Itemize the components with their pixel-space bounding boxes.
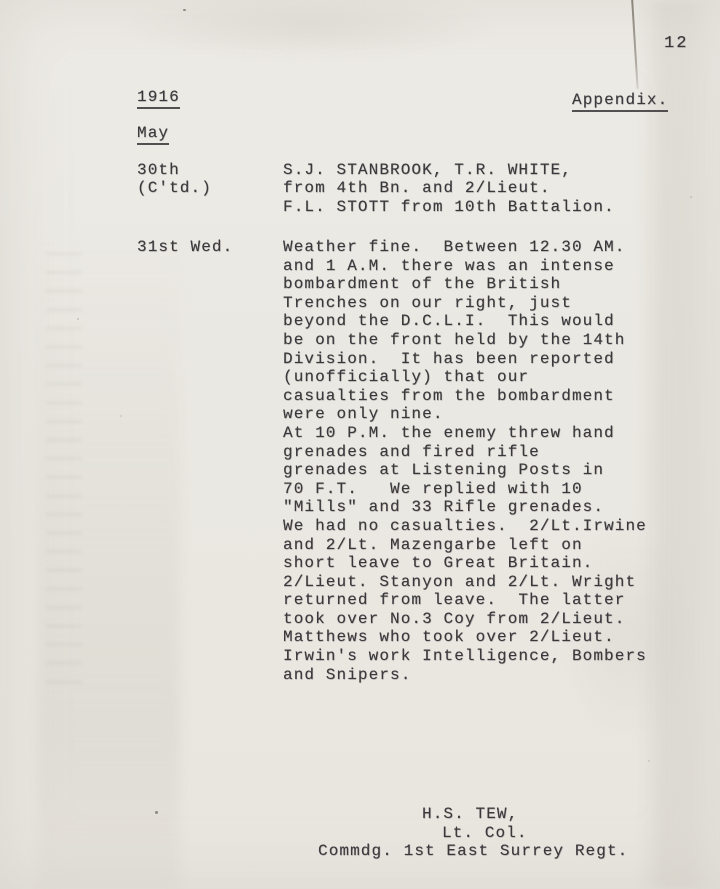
diary-text-line: grenades and fired rifle — [283, 443, 647, 462]
diary-text-line: from 4th Bn. and 2/Lieut. — [283, 179, 615, 197]
entry-date-30th-continued: (C'td.) — [137, 179, 212, 197]
paper-shading-left — [38, 240, 180, 889]
diary-text-line: F.L. STOTT from 10th Battalion. — [283, 198, 615, 216]
paper-speck — [648, 760, 650, 762]
pencil-mark — [631, 0, 639, 89]
paper-speck — [120, 415, 122, 417]
diary-text-line: Weather fine. Between 12.30 AM. — [283, 238, 647, 257]
diary-text-line: (unofficially) that our — [283, 368, 647, 387]
diary-text-line: be on the front held by the 14th — [283, 331, 647, 350]
diary-text-line: short leave to Great Britain. — [283, 554, 647, 573]
signature-name: H.S. TEW, — [422, 805, 518, 823]
entry-body-30th: S.J. STANBROOK, T.R. WHITE,from 4th Bn. … — [283, 161, 615, 216]
diary-text-line: 2/Lieut. Stanyon and 2/Lt. Wright — [283, 573, 647, 592]
signature-rank: Lt. Col. — [442, 824, 528, 842]
diary-text-line: took over No.3 Coy from 2/Lieut. — [283, 610, 647, 629]
diary-text-line: and 2/Lt. Mazengarbe left on — [283, 536, 647, 555]
diary-text-line: and 1 A.M. there was an intense — [283, 257, 647, 276]
diary-text-line: Matthews who took over 2/Lieut. — [283, 628, 647, 647]
paper-stain-top — [120, 0, 500, 60]
page-number: 12 — [664, 34, 688, 53]
diary-text-line: Irwin's work Intelligence, Bombers — [283, 647, 647, 666]
diary-text-line: casualties from the bombardment — [283, 387, 647, 406]
diary-text-line: grenades at Listening Posts in — [283, 461, 647, 480]
signature-unit: Commdg. 1st East Surrey Regt. — [318, 842, 628, 860]
diary-text-line: and Snipers. — [283, 666, 647, 685]
diary-text-line: 70 F.T. We replied with 10 — [283, 480, 647, 499]
entry-body-31st: Weather fine. Between 12.30 AM.and 1 A.M… — [283, 238, 647, 684]
year-heading: 1916 — [137, 89, 180, 109]
diary-text-line: returned from leave. The latter — [283, 591, 647, 610]
diary-text-line: were only nine. — [283, 405, 647, 424]
diary-text-line: At 10 P.M. the enemy threw hand — [283, 424, 647, 443]
diary-text-line: We had no casualties. 2/Lt.Irwine — [283, 517, 647, 536]
diary-text-line: "Mills" and 33 Rifle grenades. — [283, 498, 647, 517]
paper-speck — [155, 811, 158, 814]
diary-text-line: S.J. STANBROOK, T.R. WHITE, — [283, 161, 615, 179]
diary-text-line: Division. It has been reported — [283, 350, 647, 369]
diary-text-line: beyond the D.C.L.I. This would — [283, 312, 647, 331]
entry-date-31st: 31st Wed. — [137, 238, 233, 256]
diary-text-line: Trenches on our right, just — [283, 294, 647, 313]
paper-speck — [183, 9, 186, 11]
paper-speck — [690, 196, 692, 198]
diary-text-line: bombardment of the British — [283, 275, 647, 294]
entry-date-30th: 30th — [137, 161, 180, 179]
paper-shading-right — [638, 0, 712, 889]
month-heading: May — [137, 125, 169, 145]
document-page: 12 1916 Appendix. May 30th (C'td.) S.J. … — [0, 0, 720, 889]
appendix-heading: Appendix. — [572, 92, 668, 112]
paper-speck — [77, 318, 79, 320]
